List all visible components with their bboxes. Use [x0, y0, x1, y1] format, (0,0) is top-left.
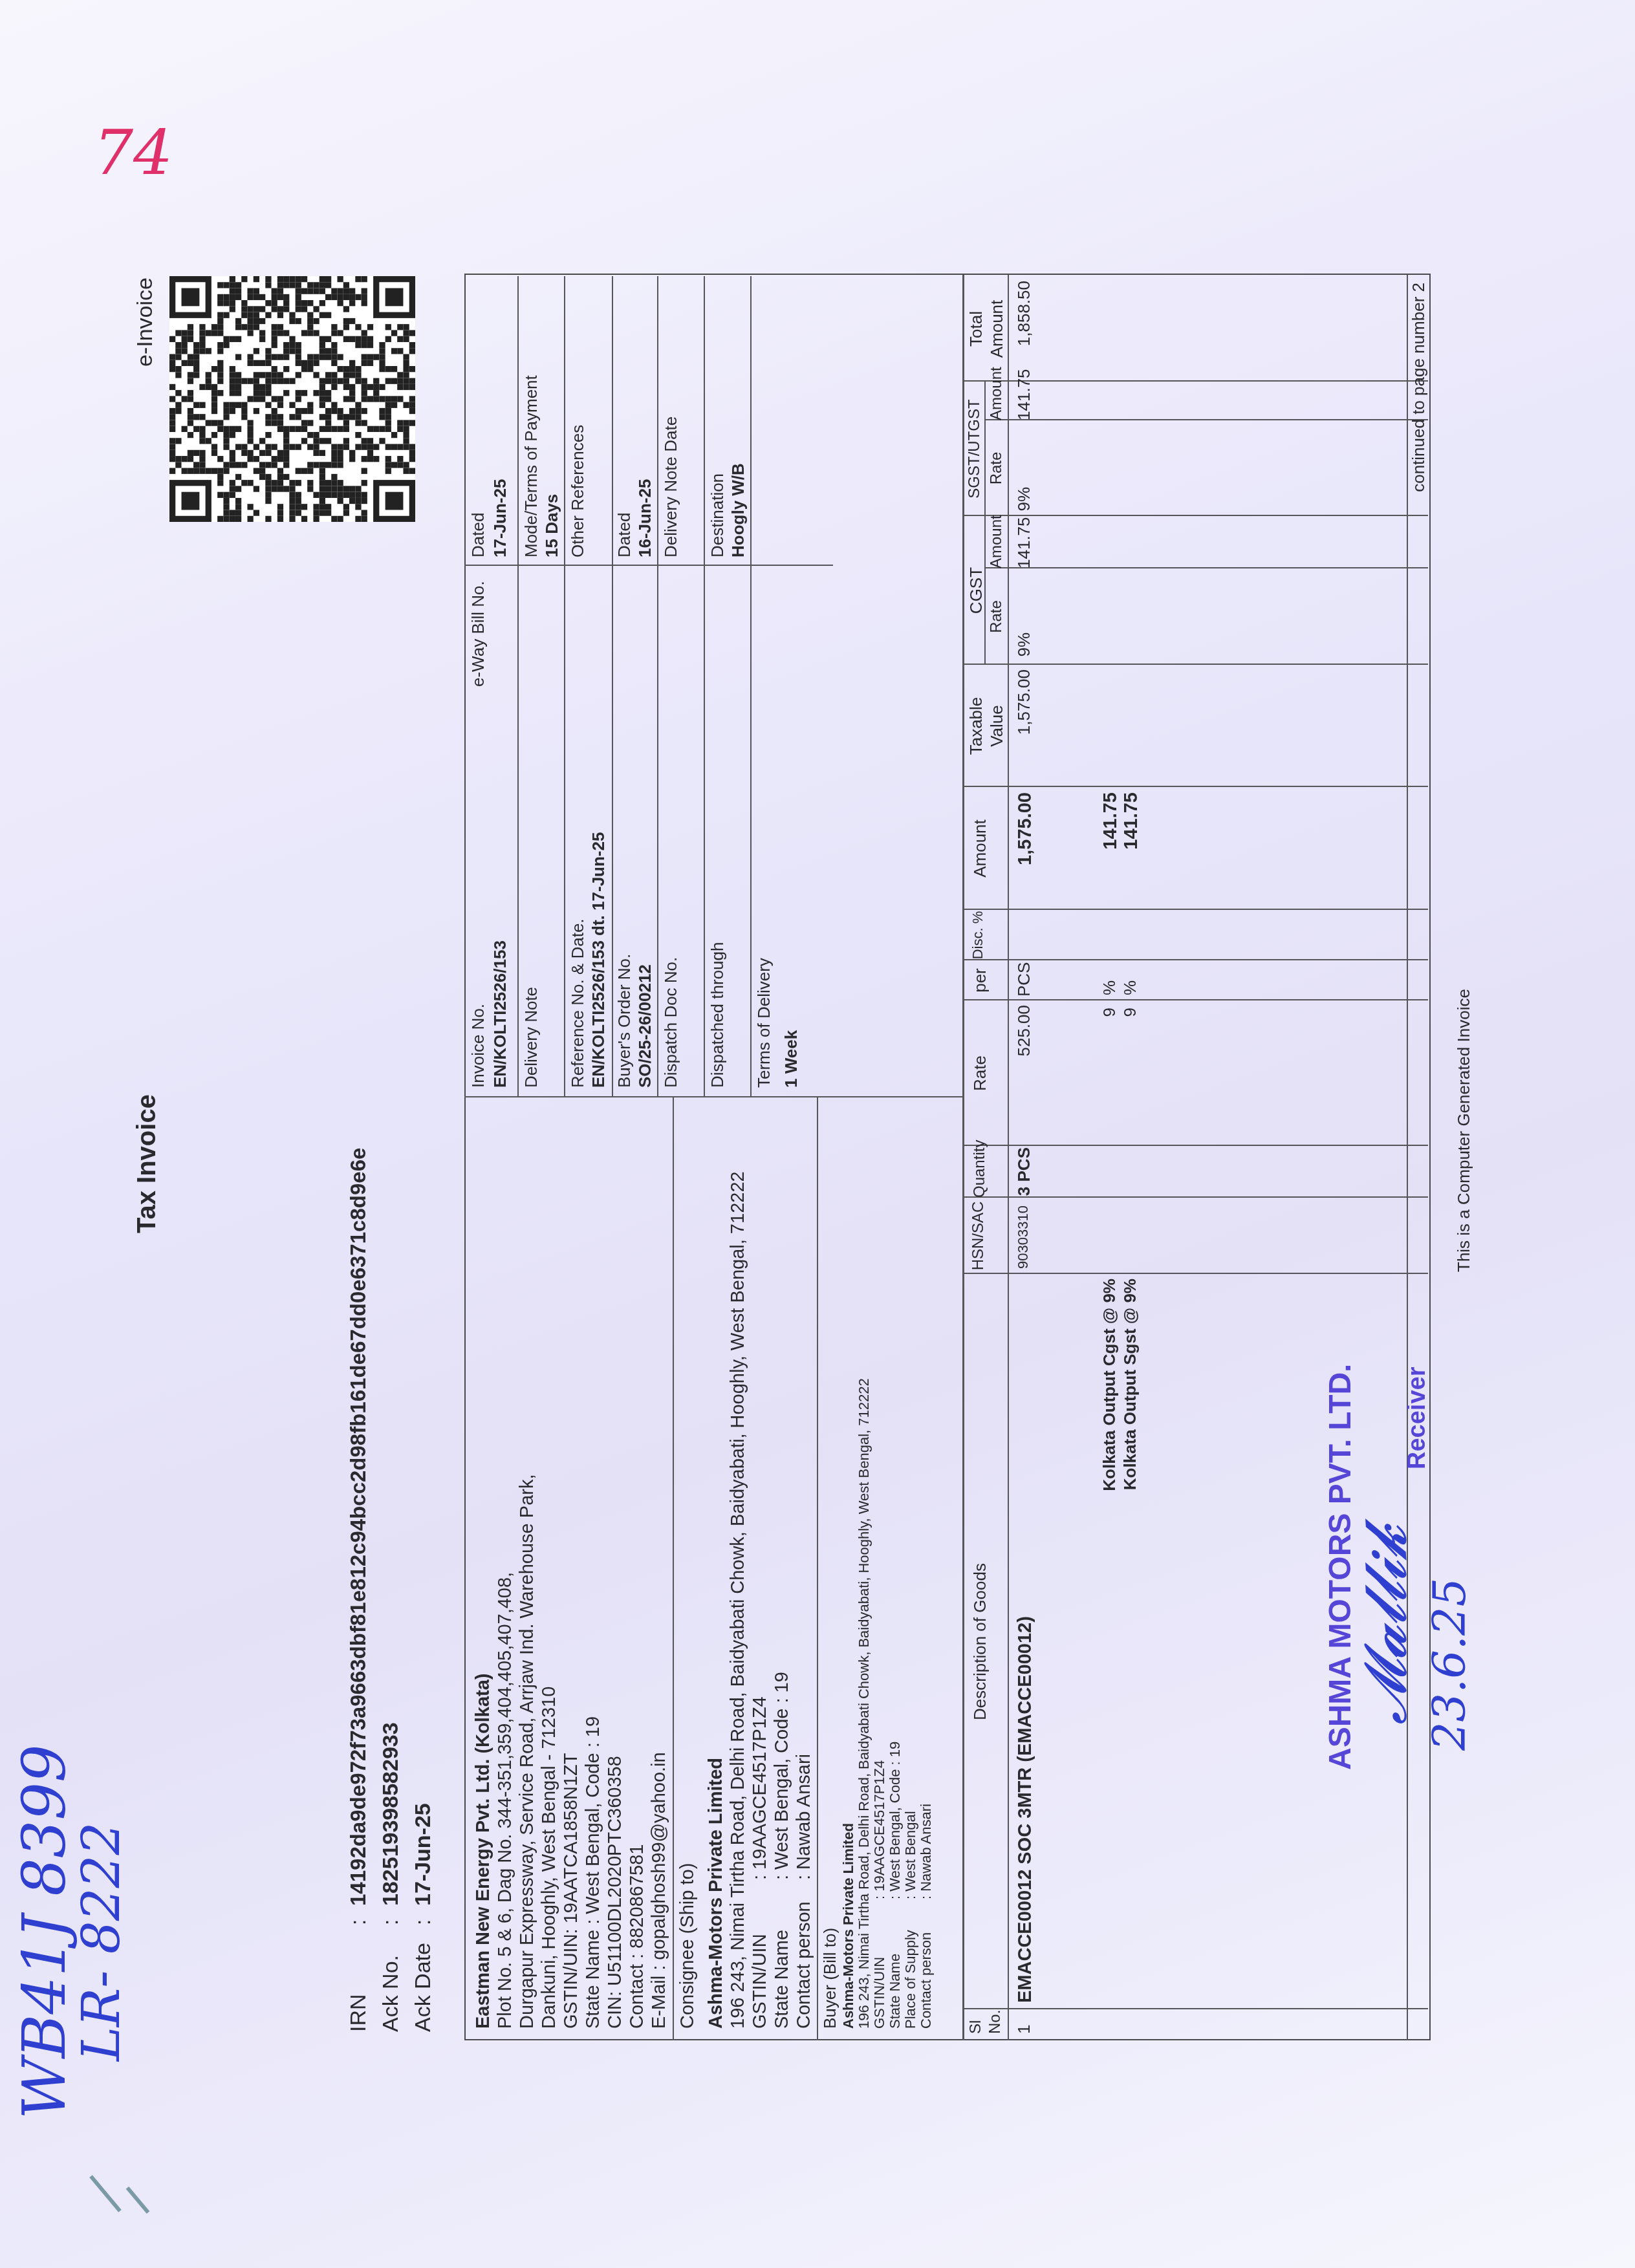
tax-line-amount: 141.75 — [1099, 792, 1121, 910]
tax-line-per: % — [1099, 980, 1119, 995]
header-total-amount: Amount — [987, 276, 1006, 382]
party-field-label: Place of Supply — [903, 1899, 918, 2029]
col-per-divider — [962, 959, 1428, 960]
receiver-stamp: Receiver — [1403, 1367, 1431, 1469]
party-field-value: : West Bengal, Code : 19 — [771, 1672, 793, 1880]
party-field-row: GSTIN/UIN: 19AAGCE4517P1Z4 — [872, 1742, 887, 2029]
ack-no-label: Ack No. — [378, 1955, 404, 2032]
buyers-order-dated-value: 16-Jun-25 — [635, 479, 655, 557]
header-disc: Disc. % — [970, 910, 986, 960]
item-table-top-rule — [962, 275, 964, 2040]
party-field-value: : 19AAGCE4517P1Z4 — [872, 1760, 887, 1899]
tax-line-label: Kolkata Output Sgst @ 9% — [1120, 1279, 1140, 1615]
seller-line: Plot No. 5 & 6, Dag No. 344-351,359,404,… — [494, 1474, 516, 2029]
buyer-fields: GSTIN/UIN: 19AAGCE4517P1Z4State Name: We… — [872, 1742, 934, 2029]
party-field-row: Contact person: Nawab Ansari — [918, 1742, 934, 2029]
reference-value: EN/KOLTI2526/153 dt. 17-Jun-25 — [589, 832, 608, 1088]
eway-bill-label: e-Way Bill No. — [468, 581, 488, 687]
item-header-rule — [1008, 275, 1009, 2040]
seller-line: E-Mail : gopalghosh99@yahoo.in — [648, 1474, 670, 2029]
invoice-no-value: EN/KOLTI2526/153 — [490, 940, 510, 1088]
header-total: Total — [966, 276, 986, 382]
party-details-divider — [464, 1096, 962, 1097]
seller-line: CIN: U51100DL2020PTC360358 — [604, 1474, 626, 2029]
header-taxable: Taxable — [966, 665, 986, 787]
party-field-label: GSTIN/UIN — [872, 1899, 887, 2029]
details-mid-divider — [464, 565, 833, 566]
destination-label: Destination — [708, 473, 727, 557]
party-field-value: : Nawab Ansari — [793, 1754, 815, 1880]
party-field-value: : West Bengal — [903, 1811, 918, 1899]
party-field-row: Contact person: Nawab Ansari — [793, 1672, 815, 2029]
party-field-value: : 19AAGCE4517P1Z4 — [749, 1696, 771, 1880]
details-row-4 — [657, 276, 658, 1097]
seller-line: State Name : West Bengal, Code : 19 — [582, 1474, 604, 2029]
party-field-value: : West Bengal, Code : 19 — [887, 1742, 903, 1899]
row-per: PCS — [1014, 962, 1034, 997]
dated-label: Dated — [468, 513, 488, 557]
row-taxable-value: 1,575.00 — [1014, 669, 1034, 787]
buyer-name: Ashma-Motors Private Limited — [841, 1823, 856, 2029]
payment-terms-label: Mode/Terms of Payment — [521, 375, 541, 557]
payment-terms-value: 15 Days — [542, 494, 561, 557]
computer-generated-note: This is a Computer Generated Invoice — [1454, 989, 1473, 1272]
ack-no-value: 182519398582933 — [378, 1722, 404, 1906]
row-cgst-rate: 9% — [1014, 632, 1034, 665]
consignee-heading: Consignee (Ship to) — [677, 1863, 698, 2029]
buyers-order-label: Buyer's Order No. — [614, 954, 634, 1088]
seller-consignee-rule — [673, 1097, 674, 2040]
row-description: EMACCE00012 SOC 3MTR (EMACCE00012) — [1014, 1616, 1036, 2003]
party-field-label: Contact person — [793, 1880, 815, 2029]
row-rate: 525.00 — [1014, 1005, 1034, 1146]
details-row-3 — [612, 276, 613, 1097]
destination-value: Hoogly W/B — [728, 463, 748, 557]
seller-address: Plot No. 5 & 6, Dag No. 344-351,359,404,… — [494, 1474, 670, 2029]
delivery-note-date-label: Delivery Note Date — [661, 416, 680, 557]
party-field-row: Place of Supply: West Bengal — [903, 1742, 918, 2029]
party-field-label: State Name — [771, 1880, 793, 2029]
header-amount: Amount — [970, 787, 990, 910]
consignee-buyer-rule — [817, 1097, 818, 2040]
row-amount: 1,575.00 — [1014, 792, 1036, 910]
delivery-note-label: Delivery Note — [521, 987, 541, 1088]
receiver-signature: 𝓜𝓪𝓵𝓵𝓲𝓴 — [1352, 1526, 1420, 1725]
seller-line: GSTIN/UIN: 19AATCA1858N1ZT — [560, 1474, 582, 2029]
dispatched-through-label: Dispatched through — [708, 942, 727, 1088]
dated-value: 17-Jun-25 — [490, 479, 510, 557]
continued-rule — [1407, 275, 1408, 2040]
tax-line-label: Kolkata Output Cgst @ 9% — [1099, 1279, 1119, 1615]
header-hsn: HSN/SAC — [970, 1198, 987, 1274]
e-invoice-label: e-Invoice — [133, 277, 158, 367]
header-sgst-rate: Rate — [988, 420, 1005, 516]
buyer-heading: Buyer (Bill to) — [820, 1928, 839, 2029]
party-field-row: State Name: West Bengal, Code : 19 — [887, 1742, 903, 2029]
row-sl: 1 — [1014, 2014, 1034, 2034]
ack-date-value: 17-Jun-25 — [411, 1803, 436, 1906]
ack-date-colon: : — [411, 1919, 436, 1925]
header-sl-no: No. — [987, 2010, 1004, 2034]
row-total-amount: 1,858.50 — [1014, 281, 1034, 382]
party-field-label: GSTIN/UIN — [749, 1880, 771, 2029]
other-references-label: Other References — [568, 425, 587, 557]
buyer-address: 196 243, Nimai Tirtha Road, Delhi Road, … — [856, 1378, 872, 2029]
lr-number-note: LR- 8222 — [71, 1822, 131, 2061]
terms-of-delivery-label: Terms of Delivery — [754, 958, 774, 1088]
irn-colon: : — [346, 1919, 371, 1925]
row-quantity: 3 PCS — [1014, 1147, 1034, 1198]
document-title: Tax Invoice — [133, 1094, 162, 1233]
irn-value: 14192da9de972f73a9663dbf81e812c94bcc2d98… — [346, 1148, 371, 1906]
seller-line: Contact : 8820867581 — [626, 1474, 648, 2029]
row-sgst-amount: 141.75 — [1014, 383, 1034, 420]
page-mark: 74 — [94, 116, 173, 189]
irn-label: IRN — [346, 1994, 371, 2032]
header-per: per — [970, 960, 990, 1000]
tax-line-rate: 9 — [1120, 1008, 1140, 1146]
row-sgst-rate: 9% — [1014, 487, 1034, 516]
invoice-no-label: Invoice No. — [468, 1004, 488, 1088]
col-sgst-rate-divider — [984, 419, 1428, 420]
dispatch-doc-label: Dispatch Doc No. — [661, 957, 680, 1088]
tax-line-rate: 9 — [1099, 1008, 1119, 1146]
col-sl-divider — [962, 2008, 1428, 2009]
header-rate: Rate — [970, 1000, 990, 1146]
consignee-name: Ashma-Motors Private Limited — [705, 1758, 727, 2029]
ack-date-label: Ack Date — [411, 1943, 436, 2032]
consignee-fields: GSTIN/UIN: 19AAGCE4517P1Z4State Name: We… — [749, 1672, 815, 2029]
reference-label: Reference No. & Date. — [568, 918, 587, 1088]
details-row-1 — [517, 276, 519, 1097]
header-taxable-value: Value — [987, 665, 1006, 787]
col-cgst-rate-divider — [984, 567, 1428, 568]
header-quantity: Quantity — [970, 1146, 990, 1198]
staple-mark-2 — [126, 2187, 150, 2214]
col-desc-divider — [962, 1273, 1428, 1274]
party-field-value: : Nawab Ansari — [918, 1804, 934, 1899]
party-field-label: State Name — [887, 1899, 903, 2029]
details-row-6 — [750, 276, 752, 1097]
party-field-label: Contact person — [918, 1899, 934, 2029]
seller-line: Dankuni, Hooghly, West Bengal - 712310 — [538, 1474, 560, 2029]
header-sgst-amount: Amount — [988, 382, 1005, 420]
header-cgst-amount: Amount — [988, 516, 1005, 568]
vehicle-number-note: WB41J 8399 — [10, 1745, 79, 2120]
party-field-row: State Name: West Bengal, Code : 19 — [771, 1672, 793, 2029]
staple-mark — [89, 2175, 122, 2212]
buyers-order-value: SO/25-26/00212 — [635, 964, 655, 1088]
continued-note: continued to page number 2 — [1409, 283, 1428, 587]
details-row-5 — [704, 276, 705, 1097]
header-cgst-rate: Rate — [988, 568, 1005, 665]
invoice-page: 74 WB41J 8399 LR- 8222 Tax Invoice e-Inv… — [0, 0, 1635, 2268]
terms-of-delivery-value: 1 Week — [781, 1030, 801, 1088]
buyers-order-dated-label: Dated — [614, 513, 634, 557]
consignee-address: 196 243, Nimai Tirtha Road, Delhi Road, … — [727, 1171, 749, 2029]
col-rate-divider — [962, 999, 1428, 1000]
tax-line-per: % — [1120, 980, 1140, 995]
details-row-2 — [564, 276, 565, 1097]
header-description: Description of Goods — [970, 1274, 990, 2009]
header-sl: Sl — [968, 2020, 984, 2034]
seller-name: Eastman New Energy Pvt. Ltd. (Kolkata) — [472, 1673, 494, 2029]
header-cgst: CGST — [966, 516, 986, 665]
qr-code — [169, 276, 415, 522]
seller-line: Durgapur Expressway, Service Road, Arrja… — [516, 1474, 538, 2029]
party-field-row: GSTIN/UIN: 19AAGCE4517P1Z4 — [749, 1672, 771, 2029]
tax-line-amount: 141.75 — [1120, 792, 1142, 910]
ack-no-colon: : — [378, 1919, 404, 1925]
header-sgst: SGST/UTGST — [966, 382, 983, 516]
row-hsn: 90303310 — [1015, 1205, 1031, 1269]
row-cgst-amount: 141.75 — [1014, 518, 1034, 568]
signature-date: 23.6.25 — [1423, 1578, 1476, 1751]
